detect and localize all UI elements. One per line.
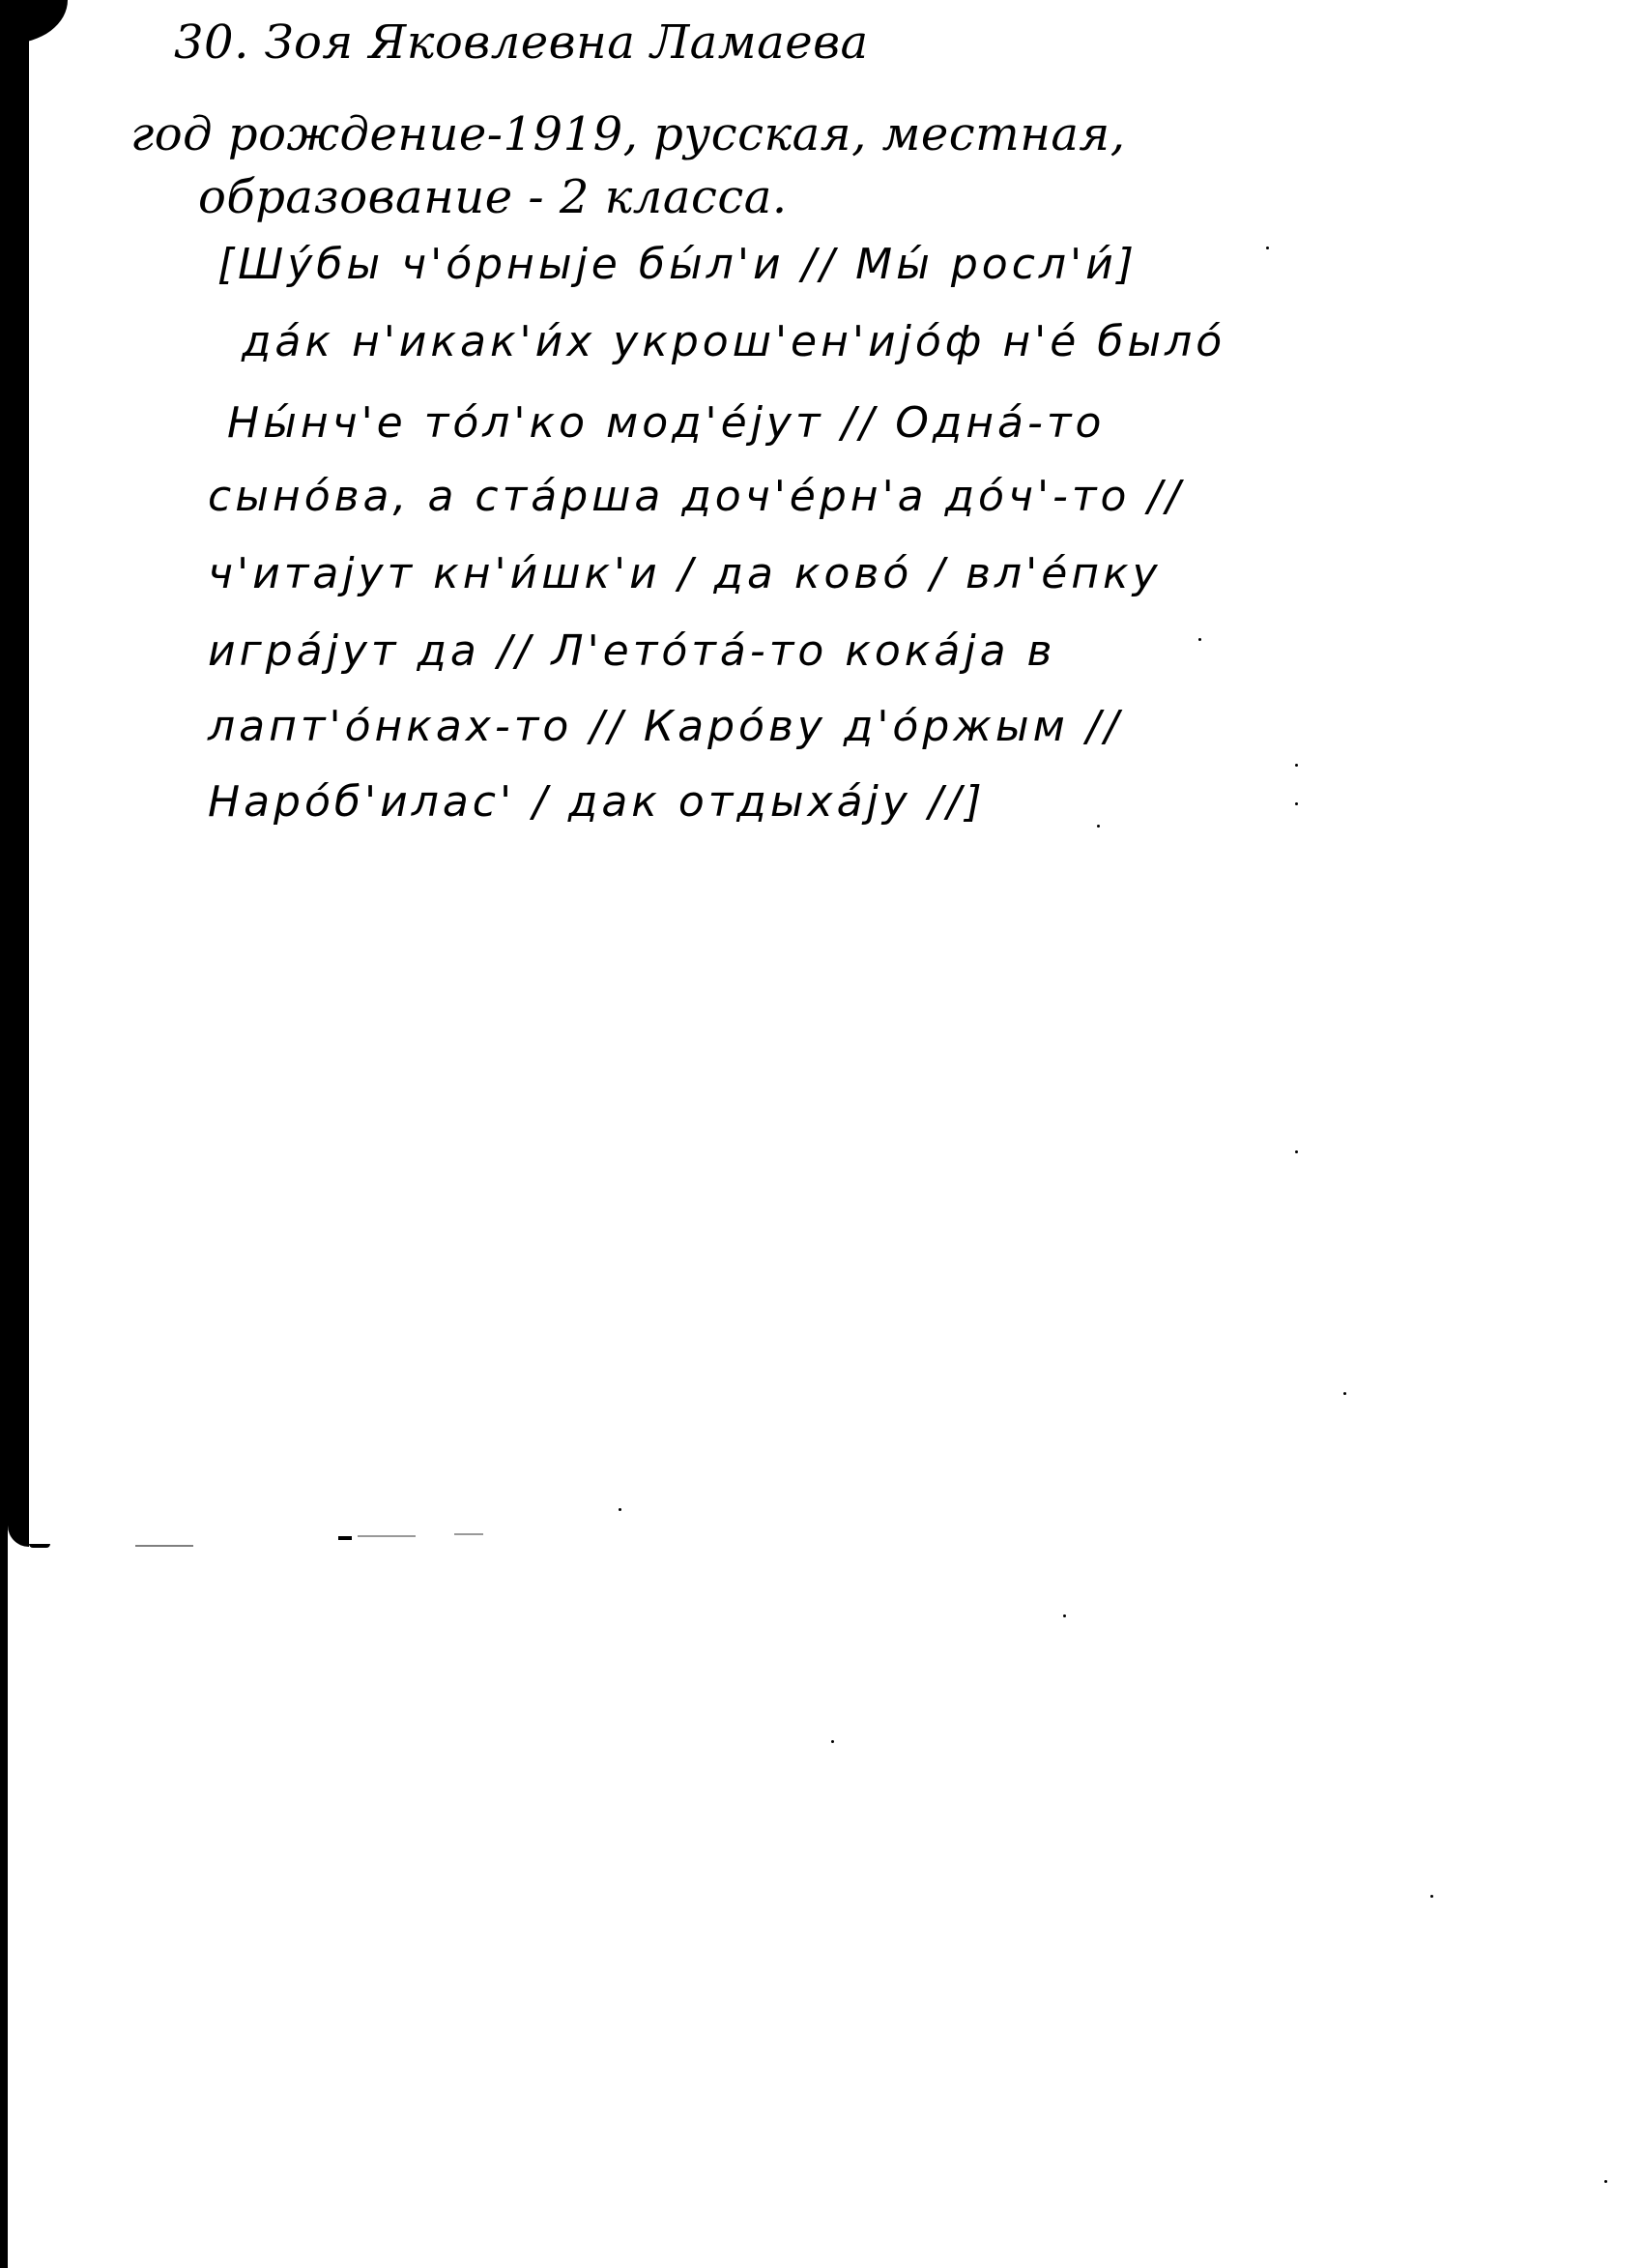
scan-speck (1343, 1392, 1346, 1395)
binding-band-foot (29, 1544, 50, 1548)
scan-speck (1295, 1150, 1298, 1153)
transcript-line: лапт'о́нках-то // Каро́ву д'о́ржым // (208, 706, 1122, 748)
scan-mark (454, 1533, 483, 1535)
scan-speck (619, 1508, 621, 1511)
scan-speck (1430, 1895, 1433, 1898)
transcript-line: Наро́б'илас' / дак отдыха́jу //] (208, 781, 986, 824)
entry-title: 30. Зоя Яковлевна Ламаева (174, 19, 869, 66)
transcript-line: ч'итаjут кн'и́шк'и / да ково́ / вл'е́пку (208, 553, 1162, 596)
scan-speck (831, 1740, 834, 1743)
scan-speck (1266, 247, 1269, 249)
transcript-line: да́к н'икак'и́х укрош'ен'иjо́ф н'е́ было… (242, 321, 1225, 363)
scan-mark (135, 1545, 193, 1547)
scan-speck (1063, 1614, 1066, 1617)
transcript-line: сыно́ва, а ста́рша доч'е́рн'а до́ч'-то /… (208, 476, 1184, 518)
transcript-line: Ны́нч'е то́л'ко мод'е́jут // Одна́-то (227, 402, 1105, 445)
binding-edge-shadow (0, 0, 8, 2268)
scanned-page: 30. Зоя Яковлевна Ламаева год рождение-1… (0, 0, 1643, 2268)
speaker-education: образование - 2 класса. (198, 174, 788, 220)
scan-speck (1295, 802, 1298, 805)
transcript-line: [Шу́бы ч'о́рныjе бы́л'и // Мы́ росл'и́] (217, 244, 1138, 286)
transcript-line: игра́jут да // Л'ето́та́-то кока́jа в (208, 630, 1055, 673)
scan-speck (1198, 638, 1201, 641)
binding-band-shadow (8, 0, 29, 1547)
scan-speck (1604, 2180, 1607, 2183)
scan-mark (338, 1536, 352, 1540)
scan-speck (1097, 825, 1100, 828)
speaker-birth-info: год рождение-1919, русская, местная, (130, 111, 1125, 158)
scan-mark (358, 1535, 416, 1537)
scan-speck (1295, 764, 1298, 767)
